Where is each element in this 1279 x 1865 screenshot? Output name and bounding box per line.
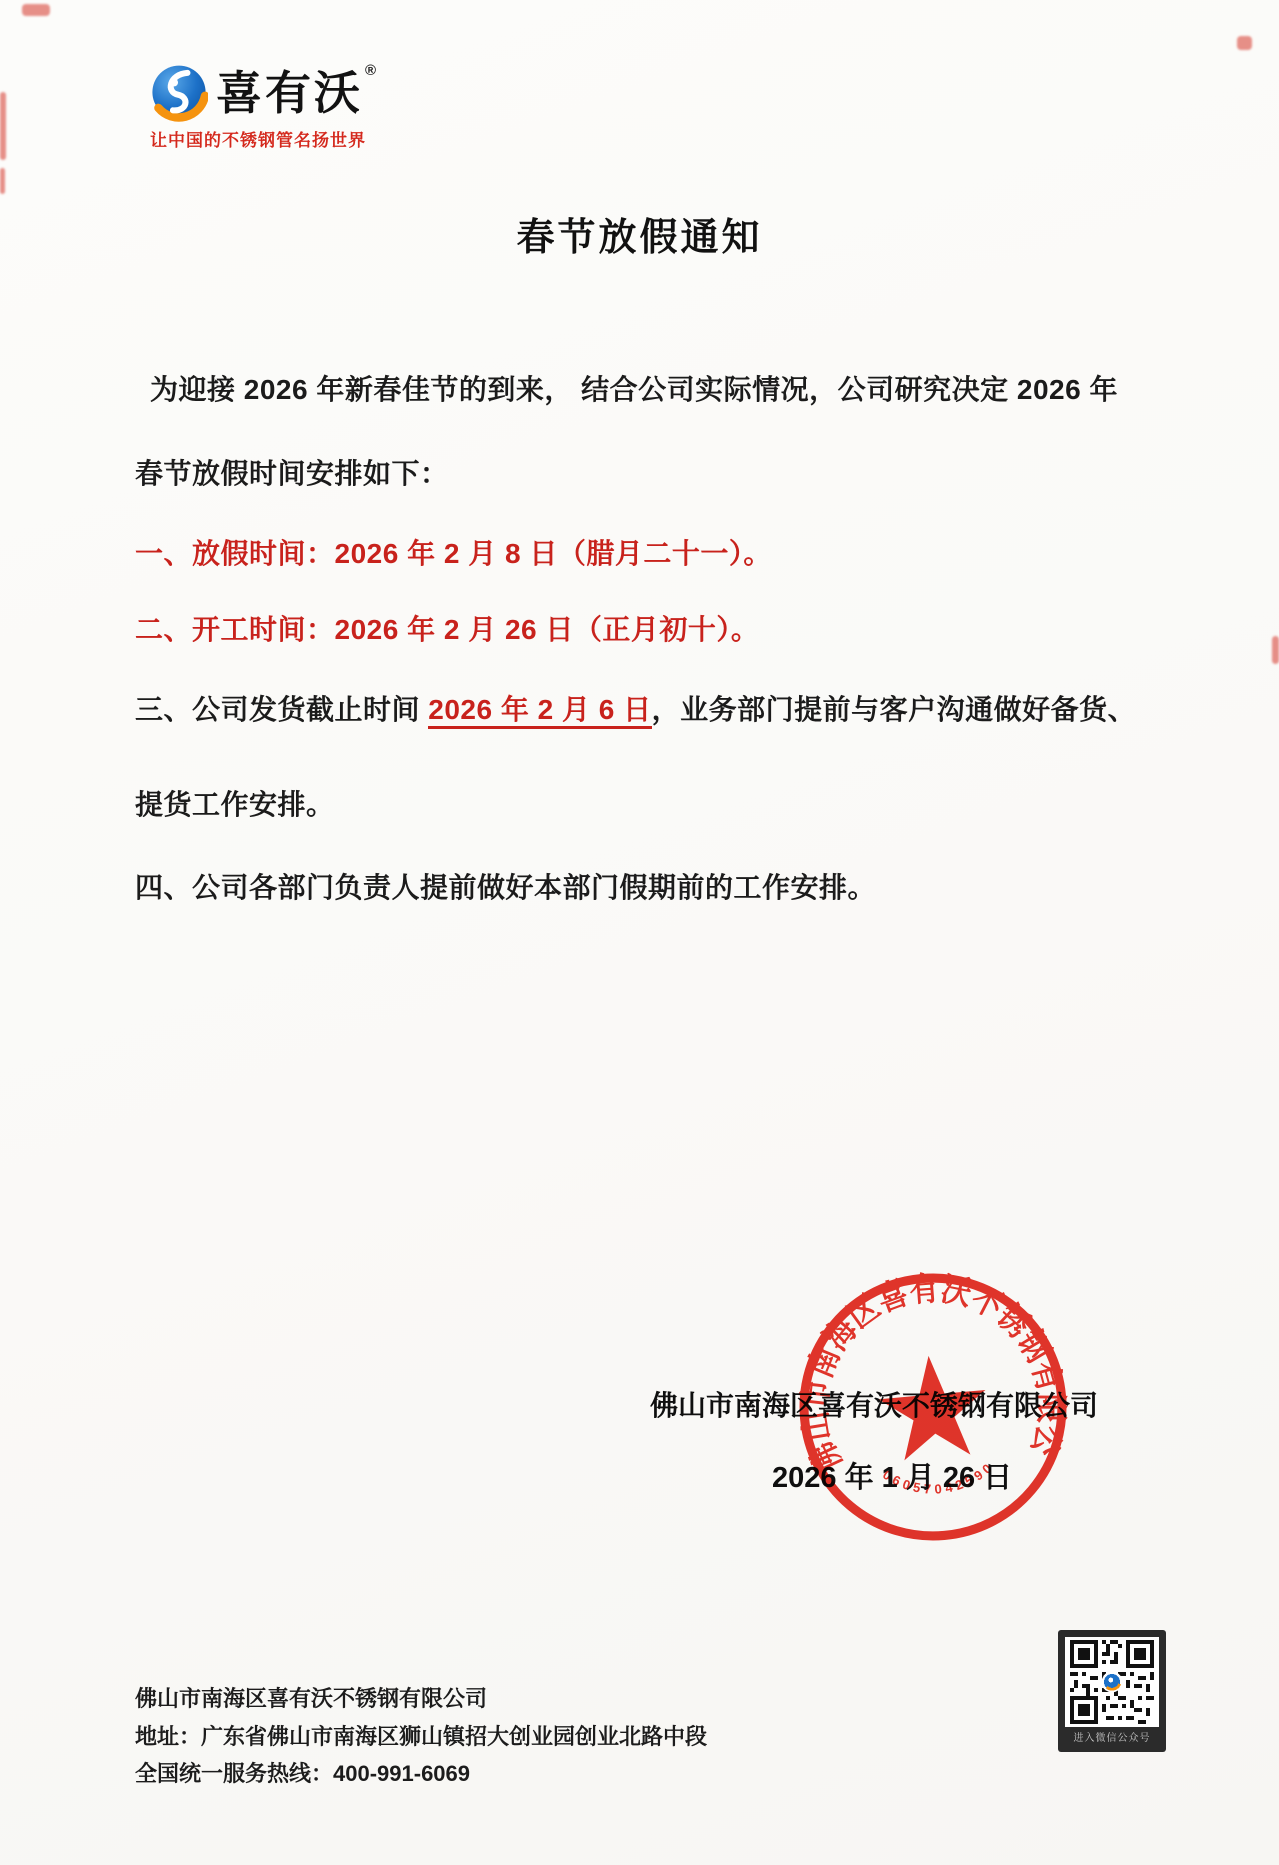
page-title: 春节放假通知 [0,206,1279,261]
brand-tagline: 让中国的不锈钢管名扬世界 [150,126,376,151]
item3-suffix: ，业务部门提前与客户沟通做好备货、 [652,694,1137,725]
shipping-deadline-date: 2026 年 2 月 6 日 [428,694,651,729]
scan-artifact [0,92,6,160]
seal-star-icon [875,1351,991,1462]
holiday-start-item: 一、放假时间：2026 年 2 月 8 日（腊月二十一）。 [135,532,772,572]
intro-line-2: 春节放假时间安排如下： [135,452,449,492]
footer-company-name: 佛山市南海区喜有沃不锈钢有限公司 [135,1682,487,1713]
shipping-deadline-item-line2: 提货工作安排。 [135,783,335,823]
registered-trademark-icon: ® [365,62,376,79]
scan-artifact [1272,636,1279,664]
swirl-globe-icon [150,62,208,124]
notice-document: 喜有沃 ® 让中国的不锈钢管名扬世界 春节放假通知 为迎接 2026 年新春佳节… [0,0,1279,1865]
wechat-qr-code: 进入微信公众号 [1058,1630,1166,1752]
qr-caption: 进入微信公众号 [1065,1727,1159,1751]
company-seal-stamp: 佛山市南海区喜有沃不锈钢有限公司 06057042590 [785,1259,1082,1556]
scan-artifact [1237,36,1252,50]
intro-line-1: 为迎接 2026 年新春佳节的到来， 结合公司实际情况，公司研究决定 2026 … [150,368,1118,408]
svg-text:06057042590: 06057042590 [879,1457,999,1501]
seal-serial-number: 06057042590 [879,1457,999,1501]
scan-artifact [0,168,5,194]
work-resume-item: 二、开工时间：2026 年 2 月 26 日（正月初十）。 [135,608,759,648]
scan-artifact [22,4,50,16]
qr-pattern-icon [1070,1640,1154,1724]
shipping-deadline-item: 三、公司发货截止时间 2026 年 2 月 6 日，业务部门提前与客户沟通做好备… [135,688,1136,728]
footer-address: 地址：广东省佛山市南海区狮山镇招大创业园创业北路中段 [135,1720,707,1751]
brand-name: 喜有沃 [216,62,363,124]
department-arrangement-item: 四、公司各部门负责人提前做好本部门假期前的工作安排。 [135,866,876,906]
footer-hotline: 全国统一服务热线：400-991-6069 [135,1757,470,1788]
item3-prefix: 三、公司发货截止时间 [135,694,428,725]
company-logo: 喜有沃 ® 让中国的不锈钢管名扬世界 [150,62,376,151]
